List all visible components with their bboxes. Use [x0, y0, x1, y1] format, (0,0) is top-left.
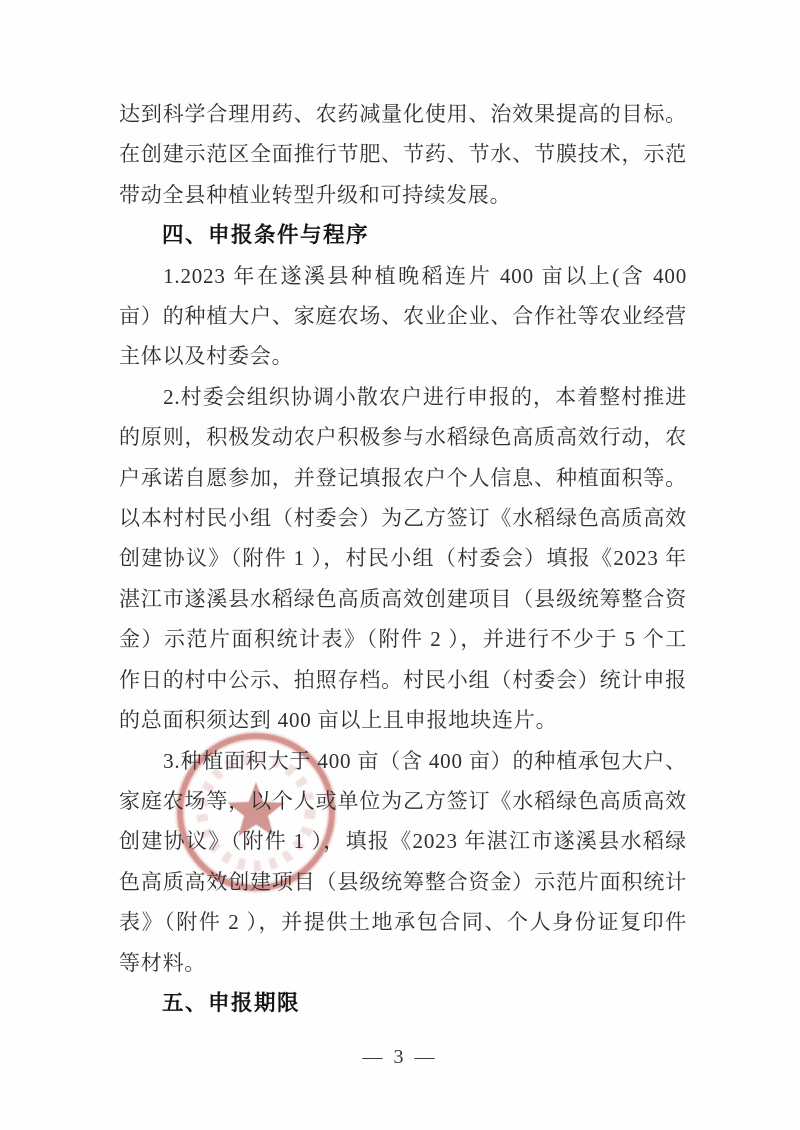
document-body: 达到科学合理用药、农药减量化使用、治效果提高的目标。在创建示范区全面推行节肥、节… [119, 94, 687, 1023]
paragraph-continuation: 达到科学合理用药、农药减量化使用、治效果提高的目标。在创建示范区全面推行节肥、节… [119, 94, 687, 215]
section-heading-5: 五、申报期限 [119, 983, 687, 1023]
page-number: — 3 — [0, 1046, 800, 1069]
paragraph-item-1: 1.2023 年在遂溪县种植晚稻连片 400 亩以上(含 400 亩）的种植大户… [119, 256, 687, 377]
section-heading-4: 四、申报条件与程序 [119, 215, 687, 255]
document-page: 达到科学合理用药、农药减量化使用、治效果提高的目标。在创建示范区全面推行节肥、节… [0, 0, 800, 1130]
paragraph-item-2: 2.村委会组织协调小散农户进行申报的，本着整村推进的原则，积极发动农户积极参与水… [119, 377, 687, 741]
paragraph-item-3: 3.种植面积大于 400 亩（含 400 亩）的种植承包大户、家庭农场等，以个人… [119, 741, 687, 983]
